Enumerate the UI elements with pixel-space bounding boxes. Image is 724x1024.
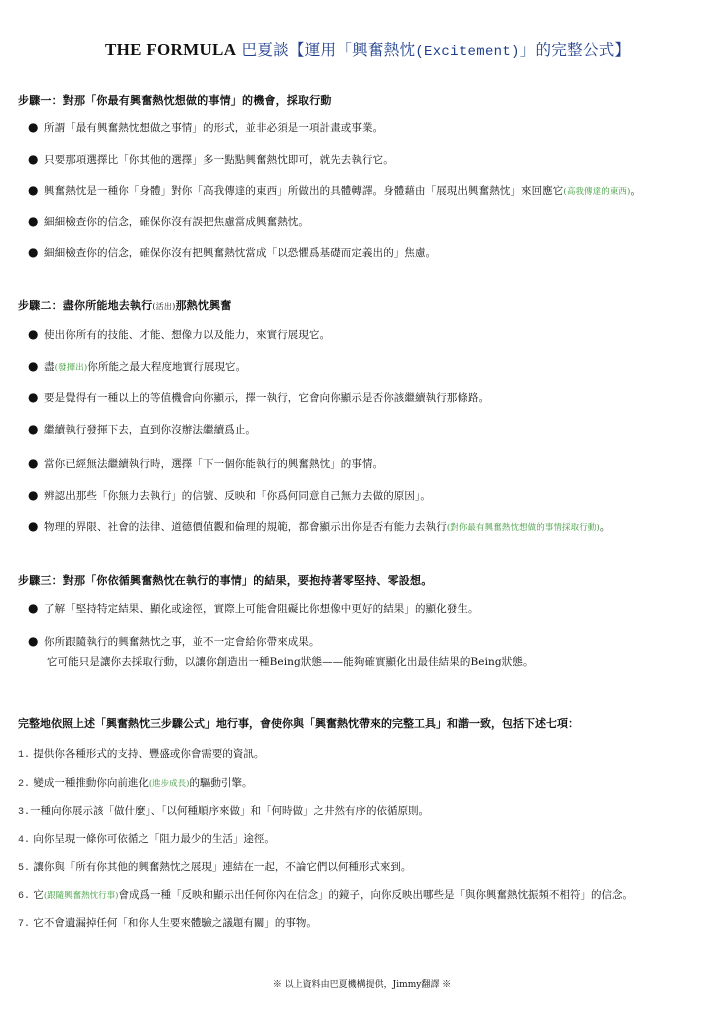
bullet-icon: ●: [28, 152, 44, 166]
bullet-icon: ●: [28, 214, 44, 228]
summary-heading: 完整地依照上述「興奮熱忱三步驟公式」地行事，會使你與「興奮熱忱帶來的完整工具」和…: [18, 715, 579, 731]
bullet-icon: ●: [28, 519, 44, 533]
list-item: ●只要那項選擇比「你其他的選擇」多一點點興奮熱忱即可，就先去執行它。: [28, 152, 394, 167]
page-title: THE FORMULA 巴夏談【運用「興奮熱忱(Excitement)」的完整公…: [105, 38, 665, 60]
list-item: ●要是覺得有一種以上的等值機會向你顯示，擇一執行，它會向你顯示是否你該繼續執行那…: [28, 390, 489, 405]
numbered-item: 5. 讓你與「所有你其他的興奮熱忱之展現」連結在一起，不論它們以何種形式來到。: [18, 859, 411, 874]
bullet-icon: ●: [28, 120, 44, 134]
title-chinese-prefix: 巴夏談【運用「興奮熱忱: [242, 41, 416, 59]
bullet-icon: ●: [28, 359, 44, 373]
list-item: ●當你已經無法繼續執行時，選擇「下一個你能執行的興奮熱忱」的事情。: [28, 456, 383, 471]
numbered-item: 1. 提供你各種形式的支持、豐盛或你會需要的資訊。: [18, 746, 264, 761]
green-note: (對你最有興奮熱忱想做的事情採取行動): [447, 523, 600, 533]
numbered-item: 2. 變成一種推動你向前進化(進步成長)的驅動引擎。: [18, 775, 253, 790]
list-item: ●使出你所有的技能、才能、想像力以及能力，來實行展現它。: [28, 327, 330, 342]
green-note: (發揮出): [55, 363, 88, 373]
list-item: ●盡(發揮出)你所能之最大程度地實行展現它。: [28, 359, 246, 374]
step-1-heading: 步驟一：對那「你最有興奮熱忱想做的事情」的機會，採取行動: [18, 92, 332, 108]
list-item: ●細細檢查你的信念，確保你沒有誤把焦慮當成興奮熱忱。: [28, 214, 309, 229]
title-paren-word: (Excitement): [415, 44, 519, 60]
list-item: ●興奮熱忱是一種你「身體」對你「高我傳達的東西」所做出的具體轉譯。身體藉由「展現…: [28, 183, 641, 198]
numbered-item: 7. 它不會遺漏掉任何「和你人生要來體驗之議題有關」的事物。: [18, 915, 317, 930]
numbered-item: 4. 向你呈現一條你可依循之「阻力最少的生活」途徑。: [18, 831, 275, 846]
bullet-icon: ●: [28, 390, 44, 404]
title-english: THE FORMULA: [105, 40, 236, 59]
bullet-icon: ●: [28, 601, 44, 615]
bullet-icon: ●: [28, 245, 44, 259]
list-item: ●細細檢查你的信念，確保你沒有把興奮熱忱當成「以恐懼爲基礎而定義出的」焦慮。: [28, 245, 436, 260]
step-3-heading: 步驟三：對那「你依循興奮熱忱在執行的事情」的結果，要抱持著零堅持、零設想。: [18, 572, 432, 588]
bullet-icon: ●: [28, 488, 44, 502]
green-note: (進步成長): [149, 779, 190, 789]
list-item: ●辨認出那些「你無力去執行」的信號、反映和「你爲何同意自己無力去做的原因」。: [28, 488, 431, 503]
list-item: ●物理的界限、社會的法律、道德價值觀和倫理的規範，都會顯示出你是否有能力去執行(…: [28, 519, 610, 534]
list-item: ●了解「堅持特定結果、顯化或途徑，實際上可能會阻礙比你想像中更好的結果」的顯化發…: [28, 601, 479, 616]
bullet-icon: ●: [28, 327, 44, 341]
list-item: ●繼續執行發揮下去，直到你沒辦法繼續爲止。: [28, 422, 256, 437]
green-note: (跟隨興奮熱忱行事): [44, 891, 119, 901]
numbered-item: 6. 它(跟隨興奮熱忱行事)會成爲一種「反映和顯示出任何你內在信念」的鏡子，向你…: [18, 887, 633, 902]
step-2-heading: 步驟二：盡你所能地去執行(活出)那熱忱興奮: [18, 297, 231, 313]
bullet-icon: ●: [28, 422, 44, 436]
green-note: (高我傳達的東西): [563, 187, 630, 197]
bullet-icon: ●: [28, 456, 44, 470]
footer-credit: ※ 以上資料由巴夏機構提供，Jimmy翻譯 ※: [0, 977, 724, 990]
bullet-icon: ●: [28, 634, 44, 648]
bullet-continuation: 它可能只是讓你去採取行動，以讓你創造出一種Being狀態——能夠確實顯化出最佳結…: [28, 654, 534, 669]
numbered-item: 3.一種向你展示該「做什麼」、「以何種順序來做」和「何時做」之井然有序的依循原則…: [18, 803, 429, 818]
list-item: ●所謂「最有興奮熱忱想做之事情」的形式，並非必須是一項計畫或事業。: [28, 120, 383, 135]
list-item: ●你所跟隨執行的興奮熱忱之事，並不一定會給你帶來成果。它可能只是讓你去採取行動，…: [28, 634, 534, 669]
bullet-icon: ●: [28, 183, 44, 197]
title-chinese-suffix: 」的完整公式】: [520, 41, 631, 59]
